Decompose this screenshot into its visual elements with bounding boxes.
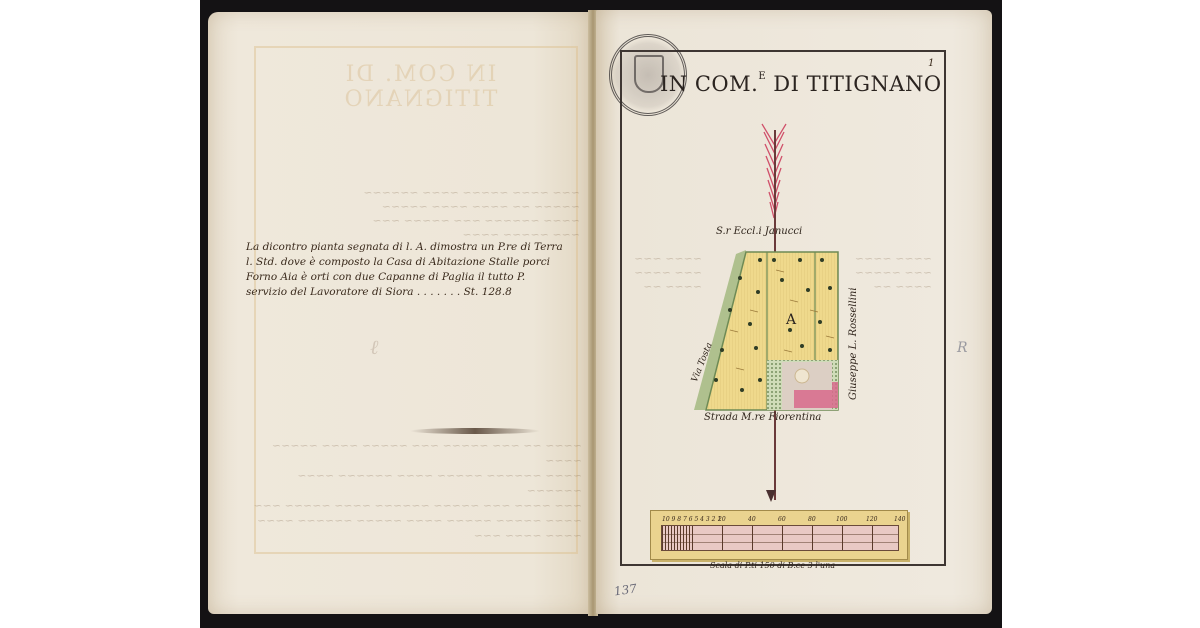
right-page-bleedthrough-right: ~~~~ ~~~~~~~ ~~~~~~~~~ ~~ <box>832 252 932 294</box>
map-label-east: Giuseppe L. Rossellini <box>848 287 859 400</box>
scale-hline <box>662 542 898 543</box>
scale-tick <box>812 526 813 550</box>
map-title: IN COM.E DI TITIGNANO <box>660 72 942 96</box>
scale-num: 60 <box>778 516 786 523</box>
entry-line-2: l. Std. dove è composto la Casa di Abita… <box>246 255 576 270</box>
scale-tick <box>752 526 753 550</box>
left-page-ink-smudge <box>410 428 540 434</box>
left-page-bleedthrough-title: IN COM. DI TITIGNANO <box>270 62 570 112</box>
parcel-label: A <box>785 312 797 328</box>
scale-tick <box>692 526 693 550</box>
margin-mark: R <box>957 340 968 356</box>
scale-caption: Scala di P.ti 150 di B.ce 3 l'una <box>710 561 835 570</box>
scale-num: 120 <box>866 516 877 523</box>
scale-bar: 10 9 8 7 6 5 4 3 2 1 20 40 60 80 100 120… <box>661 525 899 551</box>
parcel-map: A <box>690 250 840 415</box>
left-page-faint-mark: ℓ <box>370 340 410 354</box>
scale-tick <box>842 526 843 550</box>
entry-line-4: servizio del Lavoratore di Siora . . . .… <box>246 285 576 300</box>
left-page-bleedthrough-text-top: ~~~ ~~~~ ~~~~~ ~~~~ ~~~~~~~~~~~ ~~ ~~~~ … <box>360 186 580 242</box>
scale-fine-label: 10 9 8 7 6 5 4 3 2 1 <box>662 516 721 523</box>
entry-line-1: La dicontro pianta segnata di l. A. dimo… <box>246 240 576 255</box>
scale-fine-divisions <box>662 526 692 550</box>
scale-num: 80 <box>808 516 816 523</box>
scale-tick <box>782 526 783 550</box>
scale-tick <box>722 526 723 550</box>
scale-tick <box>872 526 873 550</box>
entry-line-3: Forno Aia è orti con due Capanne di Pagl… <box>246 270 576 285</box>
left-page-bleedthrough-text-bottom: ~~~~ ~~ ~~~ ~~~~~ ~~~ ~~~~~ ~~~~ ~~~~~ ~… <box>252 438 582 543</box>
left-page-entry: La dicontro pianta segnata di l. A. dimo… <box>246 240 576 300</box>
scale-num: 20 <box>718 516 726 523</box>
scale-num: 100 <box>836 516 847 523</box>
north-arrow-head-icon <box>766 490 776 502</box>
scale-num: 140 <box>894 516 905 523</box>
scale-num: 40 <box>748 516 756 523</box>
scale-hline <box>662 534 898 535</box>
page-number: 1 <box>928 58 934 69</box>
map-label-north: S.r Eccl.i Janucci <box>716 226 802 237</box>
scale-bar-box: 10 9 8 7 6 5 4 3 2 1 20 40 60 80 100 120… <box>650 510 908 560</box>
